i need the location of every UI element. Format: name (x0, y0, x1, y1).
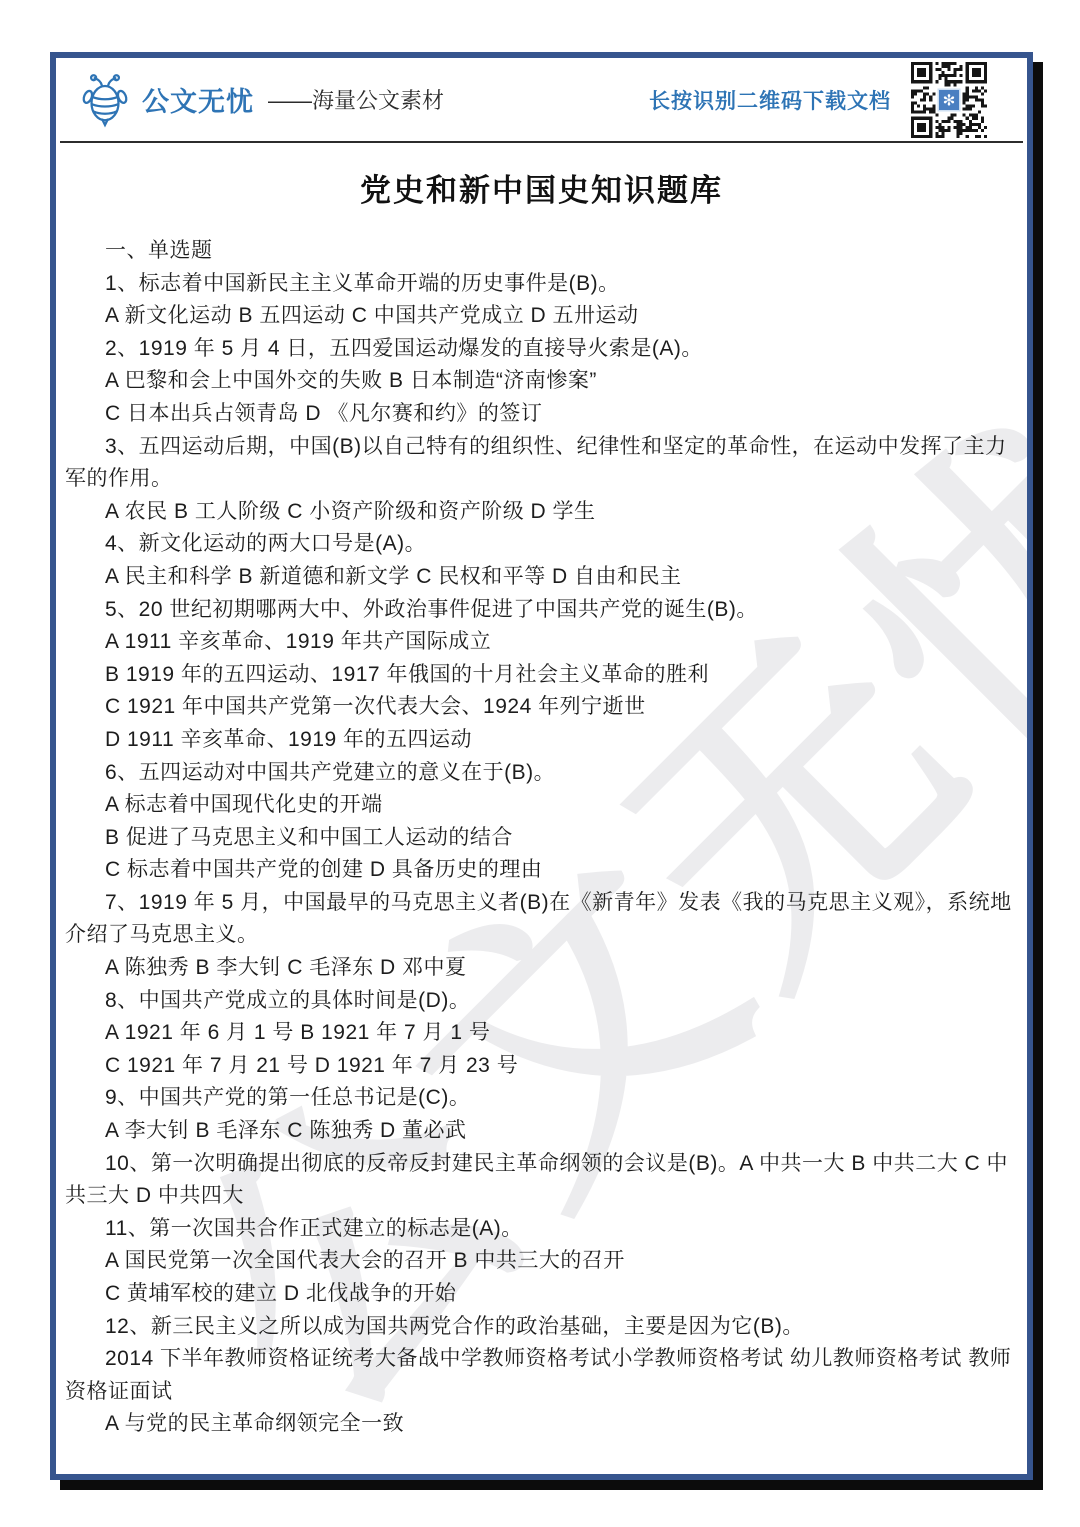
text-line: 9、中国共产党的第一任总书记是(C)。 (65, 1082, 1018, 1115)
text-line: A 巴黎和会上中国外交的失败 B 日本制造“济南惨案” (65, 365, 1018, 398)
text-line: A 李大钊 B 毛泽东 C 陈独秀 D 董必武 (65, 1115, 1018, 1148)
text-line: A 农民 B 工人阶级 C 小资产阶级和资产阶级 D 学生 (65, 496, 1018, 529)
text-line: 5、20 世纪初期哪两大中、外政治事件促进了中国共产党的诞生(B)。 (65, 594, 1018, 627)
bee-logo-icon (80, 72, 130, 128)
text-line: D 1911 辛亥革命、1919 年的五四运动 (65, 724, 1018, 757)
svg-text:✻: ✻ (943, 92, 956, 109)
qr-group: 长按识别二维码下载文档 ✻ (649, 62, 987, 138)
text-line: A 标志着中国现代化史的开端 (65, 789, 1018, 822)
text-line: 4、新文化运动的两大口号是(A)。 (65, 528, 1018, 561)
text-line: 10、第一次明确提出彻底的反帝反封建民主革命纲领的会议是(B)。A 中共一大 B… (65, 1148, 1018, 1213)
text-line: A 1921 年 6 月 1 号 B 1921 年 7 月 1 号 (65, 1017, 1018, 1050)
brand-tagline: ——海量公文素材 (268, 84, 444, 115)
qr-hint-text: 长按识别二维码下载文档 (649, 85, 891, 115)
text-line: A 与党的民主革命纲领完全一致 (65, 1408, 1018, 1441)
text-line: A 民主和科学 B 新道德和新文学 C 民权和平等 D 自由和民主 (65, 561, 1018, 594)
brand-logo-group: 公文无忧 ——海量公文素材 (80, 72, 444, 128)
qr-center-logo: ✻ (938, 89, 959, 110)
text-line: 2、1919 年 5 月 4 日，五四爱国运动爆发的直接导火索是(A)。 (65, 333, 1018, 366)
text-line: 一、单选题 (65, 235, 1018, 268)
text-line: C 1921 年 7 月 21 号 D 1921 年 7 月 23 号 (65, 1050, 1018, 1083)
page-title: 党史和新中国史知识题库 (56, 169, 1027, 213)
text-line: 6、五四运动对中国共产党建立的意义在于(B)。 (65, 757, 1018, 790)
text-line: C 日本出兵占领青岛 D 《凡尔赛和约》的签订 (65, 398, 1018, 431)
text-line: C 标志着中国共产党的创建 D 具备历史的理由 (65, 854, 1018, 887)
text-line: A 陈独秀 B 李大钊 C 毛泽东 D 邓中夏 (65, 952, 1018, 985)
page-background: { "header": { "brand": "公文无忧", "tagline"… (0, 0, 1080, 1527)
text-line: B 1919 年的五四运动、1917 年俄国的十月社会主义革命的胜利 (65, 659, 1018, 692)
document-page: 公文无忧 公文无忧 ——海量公文素材 长按识别二维码下载文档 (50, 52, 1033, 1480)
text-line: C 黄埔军校的建立 D 北伐战争的开始 (65, 1278, 1018, 1311)
brand-name: 公文无忧 (142, 80, 254, 119)
question-list: 一、单选题1、标志着中国新民主主义革命开端的历史事件是(B)。A 新文化运动 B… (56, 235, 1027, 1441)
text-line: A 国民党第一次全国代表大会的召开 B 中共三大的召开 (65, 1245, 1018, 1278)
text-line: 8、中国共产党成立的具体时间是(D)。 (65, 985, 1018, 1018)
header-divider (60, 141, 1023, 143)
text-line: 11、第一次国共合作正式建立的标志是(A)。 (65, 1213, 1018, 1246)
page-header: 公文无忧 ——海量公文素材 长按识别二维码下载文档 ✻ (56, 58, 1027, 141)
text-line: 7、1919 年 5 月，中国最早的马克思主义者(B)在《新青年》发表《我的马克… (65, 887, 1018, 952)
text-line: 3、五四运动后期，中国(B)以自己特有的组织性、纪律性和坚定的革命性，在运动中发… (65, 431, 1018, 496)
text-line: 1、标志着中国新民主主义革命开端的历史事件是(B)。 (65, 268, 1018, 301)
text-line: B 促进了马克思主义和中国工人运动的结合 (65, 822, 1018, 855)
text-line: 2014 下半年教师资格证统考大备战中学教师资格考试小学教师资格考试 幼儿教师资… (65, 1343, 1018, 1408)
text-line: A 1911 辛亥革命、1919 年共产国际成立 (65, 626, 1018, 659)
text-line: C 1921 年中国共产党第一次代表大会、1924 年列宁逝世 (65, 691, 1018, 724)
qr-code: ✻ (911, 62, 987, 138)
text-line: 12、新三民主义之所以成为国共两党合作的政治基础，主要是因为它(B)。 (65, 1311, 1018, 1344)
text-line: A 新文化运动 B 五四运动 C 中国共产党成立 D 五卅运动 (65, 300, 1018, 333)
